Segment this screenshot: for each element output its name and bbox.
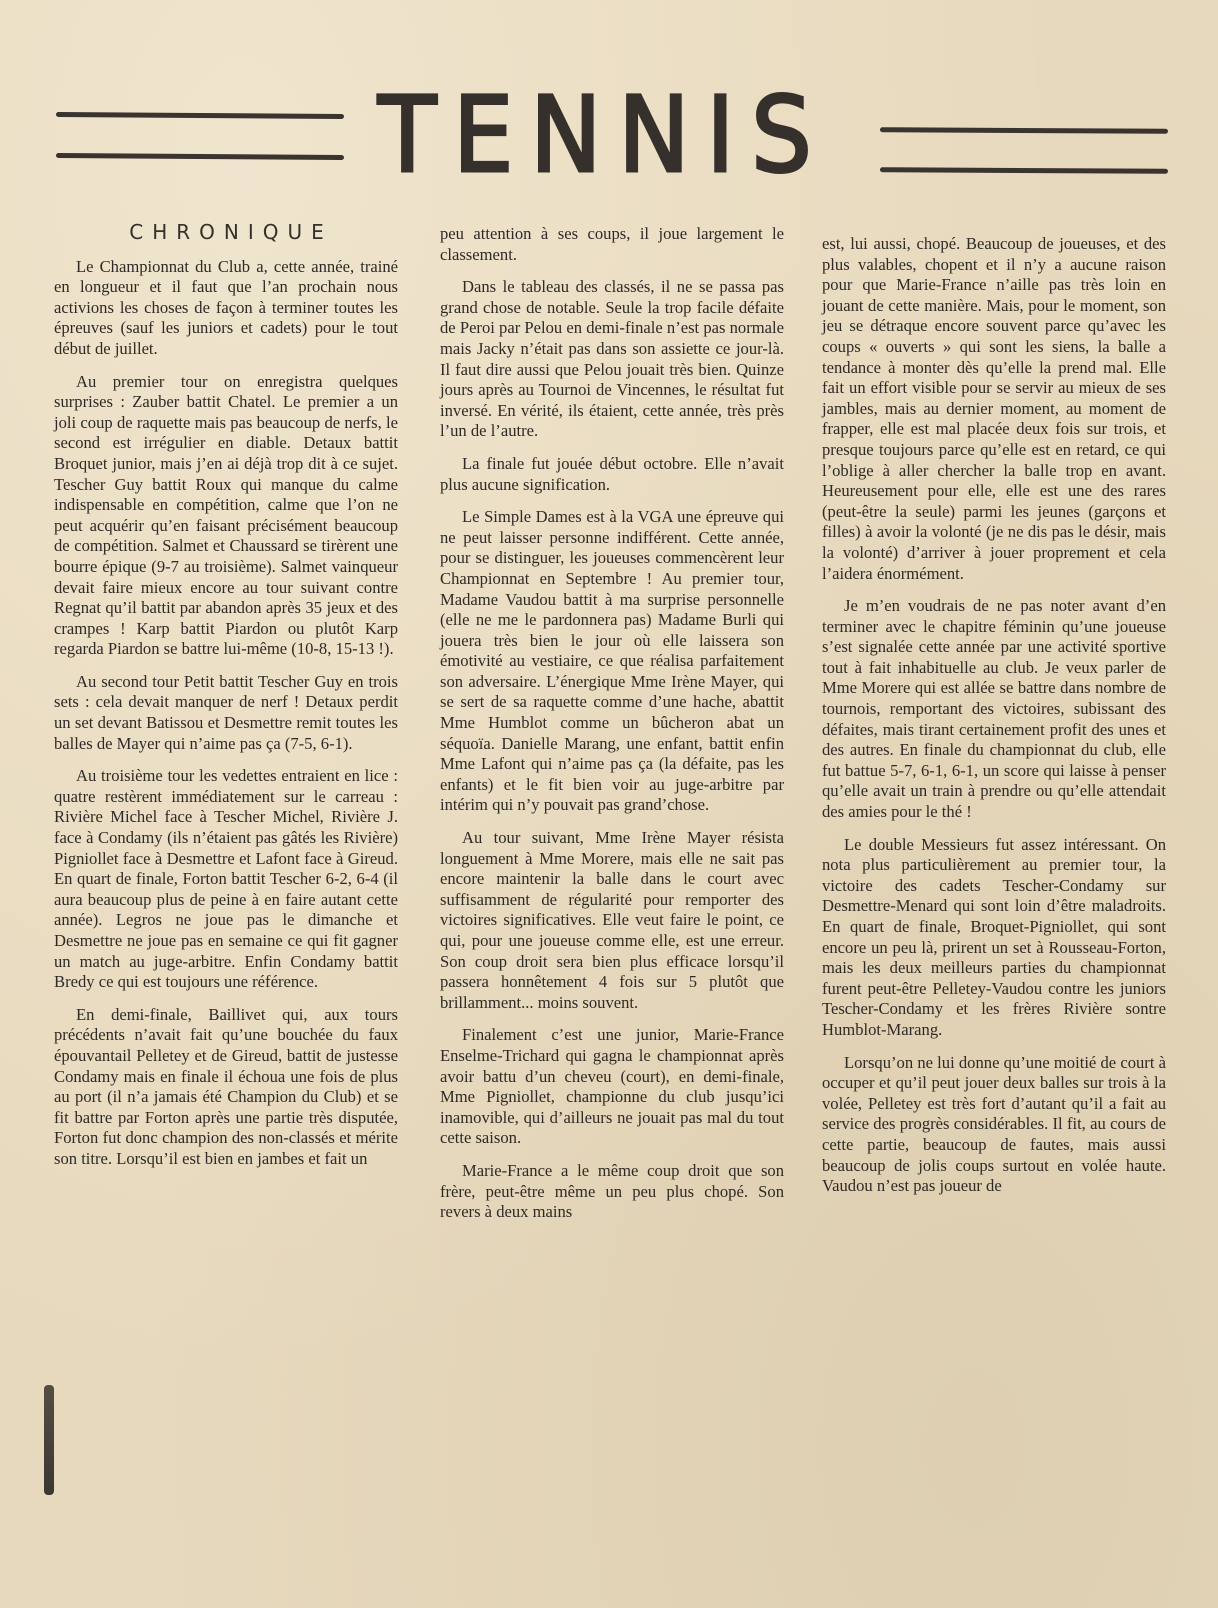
decorative-wavy-rule [56,112,344,119]
paragraph: La finale fut jouée début octobre. Elle … [440,454,784,495]
paragraph-continued: peu attention à ses coups, il joue large… [440,224,784,265]
masthead: TENNIS [0,80,1218,190]
paragraph: Le Simple Dames est à la VGA une épreuve… [440,507,784,816]
article-column-3: est, lui aussi, chopé. Beaucoup de joueu… [822,234,1166,1209]
decorative-wavy-rule [880,167,1168,174]
paragraph: Au tour suivant, Mme Irène Mayer résista… [440,828,784,1013]
article-column-2: peu attention à ses coups, il joue large… [440,224,784,1235]
paragraph: Marie-France a le même coup droit que so… [440,1161,784,1223]
paragraph: Le Championnat du Club a, cette année, t… [54,257,398,360]
paragraph: Finalement c’est une junior, Marie-Franc… [440,1025,784,1149]
decorative-wavy-rule [880,127,1168,134]
paragraph: Je m’en voudrais de ne pas noter avant d… [822,596,1166,823]
section-subhead: CHRONIQUE [54,222,398,243]
paragraph: Le double Messieurs fut assez intéressan… [822,835,1166,1041]
ink-stain [44,1385,54,1495]
page-title: TENNIS [378,80,810,190]
paragraph: Au second tour Petit battit Tescher Guy … [54,672,398,754]
paragraph: Dans le tableau des classés, il ne se pa… [440,277,784,442]
decorative-wavy-rule [56,153,344,160]
paragraph: Lorsqu’on ne lui donne qu’une moitié de … [822,1053,1166,1197]
article-column-1: CHRONIQUE Le Championnat du Club a, cett… [54,222,398,1182]
paragraph: En demi-finale, Baillivet qui, aux tours… [54,1005,398,1170]
paragraph: Au premier tour on enregistra quelques s… [54,372,398,660]
paragraph-continued: est, lui aussi, chopé. Beaucoup de joueu… [822,234,1166,584]
paragraph: Au troisième tour les vedettes entraient… [54,766,398,993]
magazine-page: TENNIS CHRONIQUE Le Championnat du Club … [0,0,1218,1608]
